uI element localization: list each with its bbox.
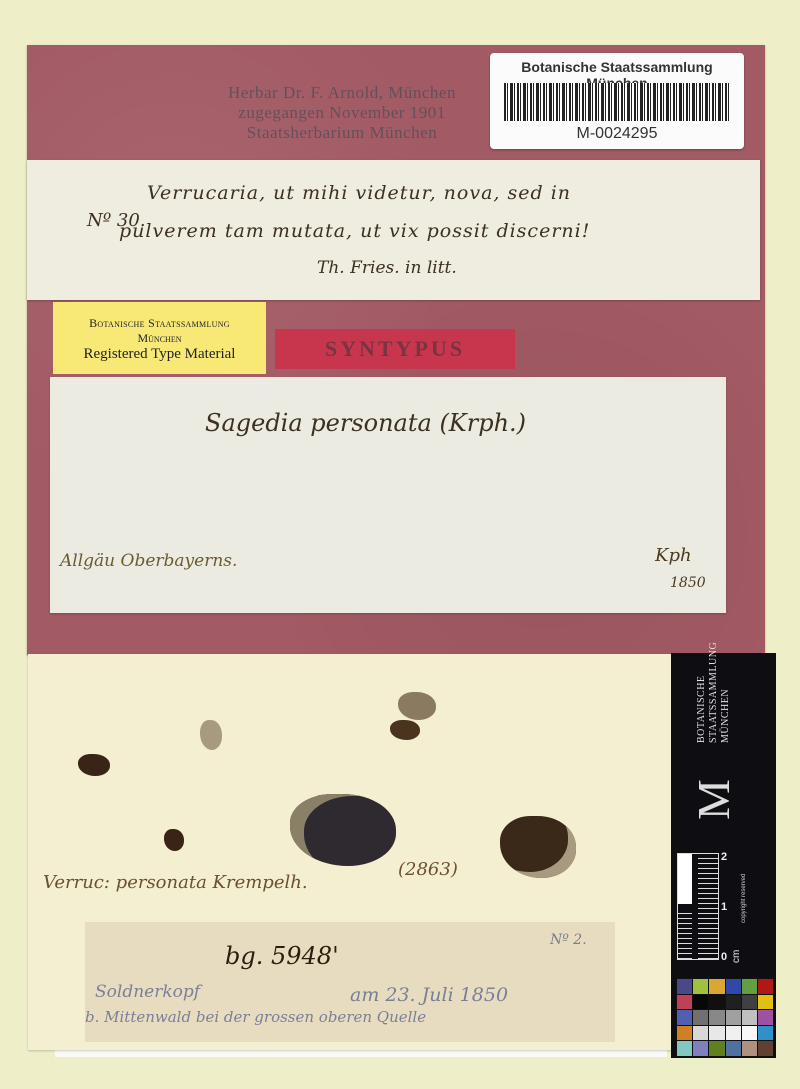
color-patch [742,1041,757,1056]
specimen-fragment [398,692,436,720]
color-patch [693,995,708,1010]
copyright-text: copyright reserved [741,874,747,923]
specimen-fragment [390,720,420,740]
note-line-3: Th. Fries. in litt. [317,258,457,278]
ruler-ticks [678,909,692,959]
specimen-sheet: Verruc: personata Krempelh. (2863) bg. 5… [28,654,673,1050]
catalog-number: M-0024295 [490,125,744,143]
red-envelope: Herbar Dr. F. Arnold, München zugegangen… [27,45,765,655]
color-patch [693,979,708,994]
color-patch [726,1010,741,1025]
color-patch [726,1041,741,1056]
stamp-line-1: Herbar Dr. F. Arnold, München [177,83,507,103]
color-patch [677,995,692,1010]
color-patch [677,1026,692,1041]
color-patch [742,1010,757,1025]
color-patch [726,979,741,994]
note-line-2: pulverem tam mutata, ut vix possit disce… [119,220,590,242]
scale-label-2: 2 [721,851,727,863]
color-patch [677,979,692,994]
color-patch [758,979,773,994]
color-patch [709,979,724,994]
color-patch [709,995,724,1010]
specimen-fragment [164,829,184,851]
color-patch [693,1041,708,1056]
specimen-fragment [500,816,576,878]
color-patch [677,1041,692,1056]
logo-line-1: BOTANISCHE [696,633,708,743]
specimen-fragment [78,754,110,776]
barcode-label: Botanische Staatssammlung München M-0024… [490,53,744,149]
collection-locality-2: b. Mittenwald bei der grossen oberen Que… [85,1008,426,1026]
handwritten-note-strip: Nº 30. Verrucaria, ut mihi videtur, nova… [27,160,760,300]
color-patch [709,1026,724,1041]
color-patch [742,995,757,1010]
collection-label: bg. 5948' Nº 2. Soldnerkopf am 23. Juli … [85,922,615,1042]
color-patch [758,1026,773,1041]
color-patch [693,1010,708,1025]
color-patch [726,995,741,1010]
specimen-fragment [290,794,396,866]
stamp-line-2: zugegangen November 1901 [177,103,507,123]
color-patch [758,995,773,1010]
scale-label-1: 1 [721,901,727,913]
color-patch [726,1026,741,1041]
color-checker [676,978,774,1057]
stamp-line-3: Staatsherbarium München [177,123,507,143]
color-patch [693,1026,708,1041]
collection-locality-1: Soldnerkopf [95,982,200,1002]
ruler-ticks-mm [698,854,718,959]
leaf-logo-icon: M [687,779,740,820]
logo-line-2: STAATSSAMMLUNG [708,633,720,743]
specimen-number: (2863) [398,859,458,880]
color-patch [742,1026,757,1041]
institution-logo-text: BOTANISCHE STAATSSAMMLUNG MÜNCHEN [696,633,756,743]
scale-color-card: BOTANISCHE STAATSSAMMLUNG MÜNCHEN M 2 1 … [671,653,776,1058]
color-patch [677,1010,692,1025]
herbarium-stamp: Herbar Dr. F. Arnold, München zugegangen… [177,83,507,143]
specimen-fragment [200,720,222,750]
determination-note: Verruc: personata Krempelh. [43,872,308,893]
collection-date: am 23. Juli 1850 [350,984,508,1006]
scale-unit: cm [731,950,742,963]
scale-label-0: 0 [721,951,727,963]
collection-number: bg. 5948' [225,942,339,970]
note-line-1: Verrucaria, ut mihi videtur, nova, sed i… [147,182,571,204]
logo-line-3: MÜNCHEN [720,633,732,743]
ruler-white-block [678,854,692,904]
color-patch [758,1041,773,1056]
barcode-icon [504,83,730,121]
color-patch [709,1041,724,1056]
color-patch [742,979,757,994]
collection-nr: Nº 2. [550,932,587,948]
color-patch [709,1010,724,1025]
cm-scale-ruler [677,853,719,960]
color-patch [758,1010,773,1025]
